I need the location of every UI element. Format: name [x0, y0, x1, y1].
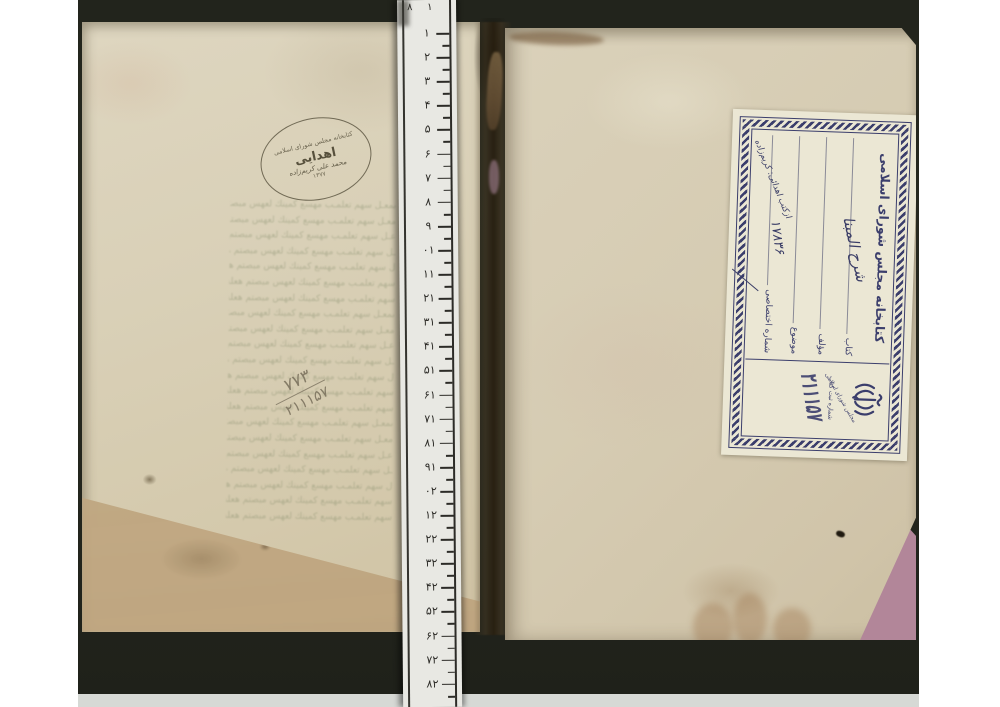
ruler-tick-major — [439, 298, 452, 300]
ruler-tick-minor — [447, 551, 454, 553]
ruler-tick-minor — [447, 527, 454, 529]
torn-spine-paper-pink — [489, 160, 499, 194]
ruler-tick-minor — [446, 406, 453, 408]
ruler-tick-minor — [442, 45, 449, 47]
ruler-tick-minor — [444, 286, 451, 288]
bleed-line: معـل سهم تعلمـب مهسع كمينك لعهس مبصتم هع… — [227, 431, 393, 449]
manuscript-photo: ىمعـل سهم تعلمـب مهسع كمينك لعهس مبصتم ه… — [0, 0, 1000, 707]
ruler-tick-minor — [443, 69, 450, 71]
ruler-tick-minor — [444, 189, 451, 191]
library-catalog-label: مجلس شورای اسلامی شماره ثبت کتاب ۲۱۱۱۵۷ … — [721, 109, 919, 461]
label-field-name: مؤلف — [816, 329, 827, 355]
ruler-tick-minor — [446, 455, 453, 457]
ruler-tick-minor — [445, 334, 452, 336]
ruler-tick-major — [440, 442, 453, 444]
ruler-top-mark: ۸ — [407, 2, 412, 13]
ruler-tick-major — [442, 683, 455, 685]
ruler-tick-minor — [448, 696, 455, 698]
label-field-rows: کتابشرح المبنامؤلفموضوعشماره اختصاصی۱۷۸۳… — [762, 135, 878, 357]
ruler-tick-minor — [447, 623, 454, 625]
ruler-tick-major — [436, 33, 449, 35]
ruler-tick-major — [442, 659, 455, 661]
ruler-tick-major — [440, 467, 453, 469]
ruler-tick-minor — [444, 238, 451, 240]
ruler-tick-major — [437, 153, 450, 155]
ruler-tick-minor — [444, 214, 451, 216]
label-field-name: کتاب — [843, 334, 854, 357]
ruler-tick-major — [436, 57, 449, 59]
ruler-tick-major — [440, 491, 453, 493]
measuring-ruler: ۸۱۱۲۳۴۵۶۷۸۹۰۱۱۱۲۱۳۱۴۱۵۱۶۱۷۱۸۱۹۱۰۲۱۲۲۲۳۲۴… — [397, 0, 462, 707]
ruler-top-mark: ۱ — [427, 2, 432, 13]
ruler-tick-major — [440, 515, 453, 517]
label-content: مجلس شورای اسلامی شماره ثبت کتاب ۲۱۱۱۵۷ … — [743, 131, 897, 436]
ruler-tick-minor — [444, 262, 451, 264]
label-main-area: کتابخانه مجلس شورای اسلامی کتابشرح المبن… — [745, 131, 897, 364]
ruler-tick-minor — [447, 575, 454, 577]
label-field-value-handwritten: ۱۷۸۳۶ — [767, 220, 787, 256]
ruler-tick-minor — [445, 382, 452, 384]
ruler-tick-major — [439, 370, 452, 372]
ruler-tick-major — [440, 418, 453, 420]
ruler-tick-minor — [443, 117, 450, 119]
ruler-tick-minor — [443, 93, 450, 95]
bleed-line: سهم تعلمـب مهسع كمينك لعهس مبصتم هعلسو م… — [229, 275, 395, 293]
ruler-tick-major — [442, 635, 455, 637]
label-field-name: شماره اختصاصی — [762, 285, 774, 353]
ruler-tick-minor — [448, 671, 455, 673]
stamp-year: ۱۳۷۷ — [312, 170, 326, 180]
scanner-strip — [78, 694, 919, 707]
ruler-tick-major — [437, 81, 450, 83]
ruler-tick-major — [438, 226, 451, 228]
ruler-tick-major — [439, 346, 452, 348]
bleed-line: سهم تعلمـب مهسع كمينك لعهس مبصتم هعلسو م… — [226, 509, 392, 527]
ruler-tick-major — [441, 539, 454, 541]
ruler-tick-minor — [446, 430, 453, 432]
ruler-tick-minor — [443, 141, 450, 143]
label-register-column: مجلس شورای اسلامی شماره ثبت کتاب ۲۱۱۱۵۷ — [743, 358, 889, 435]
ruler-tick-major — [438, 274, 451, 276]
ruler-tick-minor — [448, 647, 455, 649]
ruler-tick-major — [437, 129, 450, 131]
ruler-tick-major — [437, 105, 450, 107]
ruler-tick-minor — [445, 310, 452, 312]
library-donation-stamp: کتابخانه مجلس شورای اسلامی اهدایی محمد ع… — [253, 107, 380, 210]
ruler-tick-major — [438, 250, 451, 252]
stain-streak — [509, 30, 604, 46]
label-field-name: موضوع — [789, 323, 800, 354]
ruler-tick-major — [438, 177, 451, 179]
finger-smudge — [733, 593, 767, 645]
ruler-tick-major — [439, 394, 452, 396]
ruler-tick-minor — [445, 358, 452, 360]
ruler-tick-major — [438, 201, 451, 203]
ruler-tick-minor — [443, 165, 450, 167]
ruler-tick-major — [441, 563, 454, 565]
dark-speck — [835, 530, 846, 539]
register-number-handwritten: ۲۱۱۱۵۷ — [793, 373, 827, 422]
bleed-line: ـل سهم تعلمـب مهسع كمينك لعهس مبصتم هعلس… — [226, 462, 392, 480]
right-page: مجلس شورای اسلامی شماره ثبت کتاب ۲۱۱۱۵۷ … — [505, 28, 916, 640]
ruler-tick-minor — [446, 503, 453, 505]
ruler-tick-major — [441, 611, 454, 613]
ruler-tick-major — [439, 322, 452, 324]
ruler-tick-minor — [446, 479, 453, 481]
ruler-tick-minor — [447, 599, 454, 601]
ruler-tick-major — [441, 587, 454, 589]
